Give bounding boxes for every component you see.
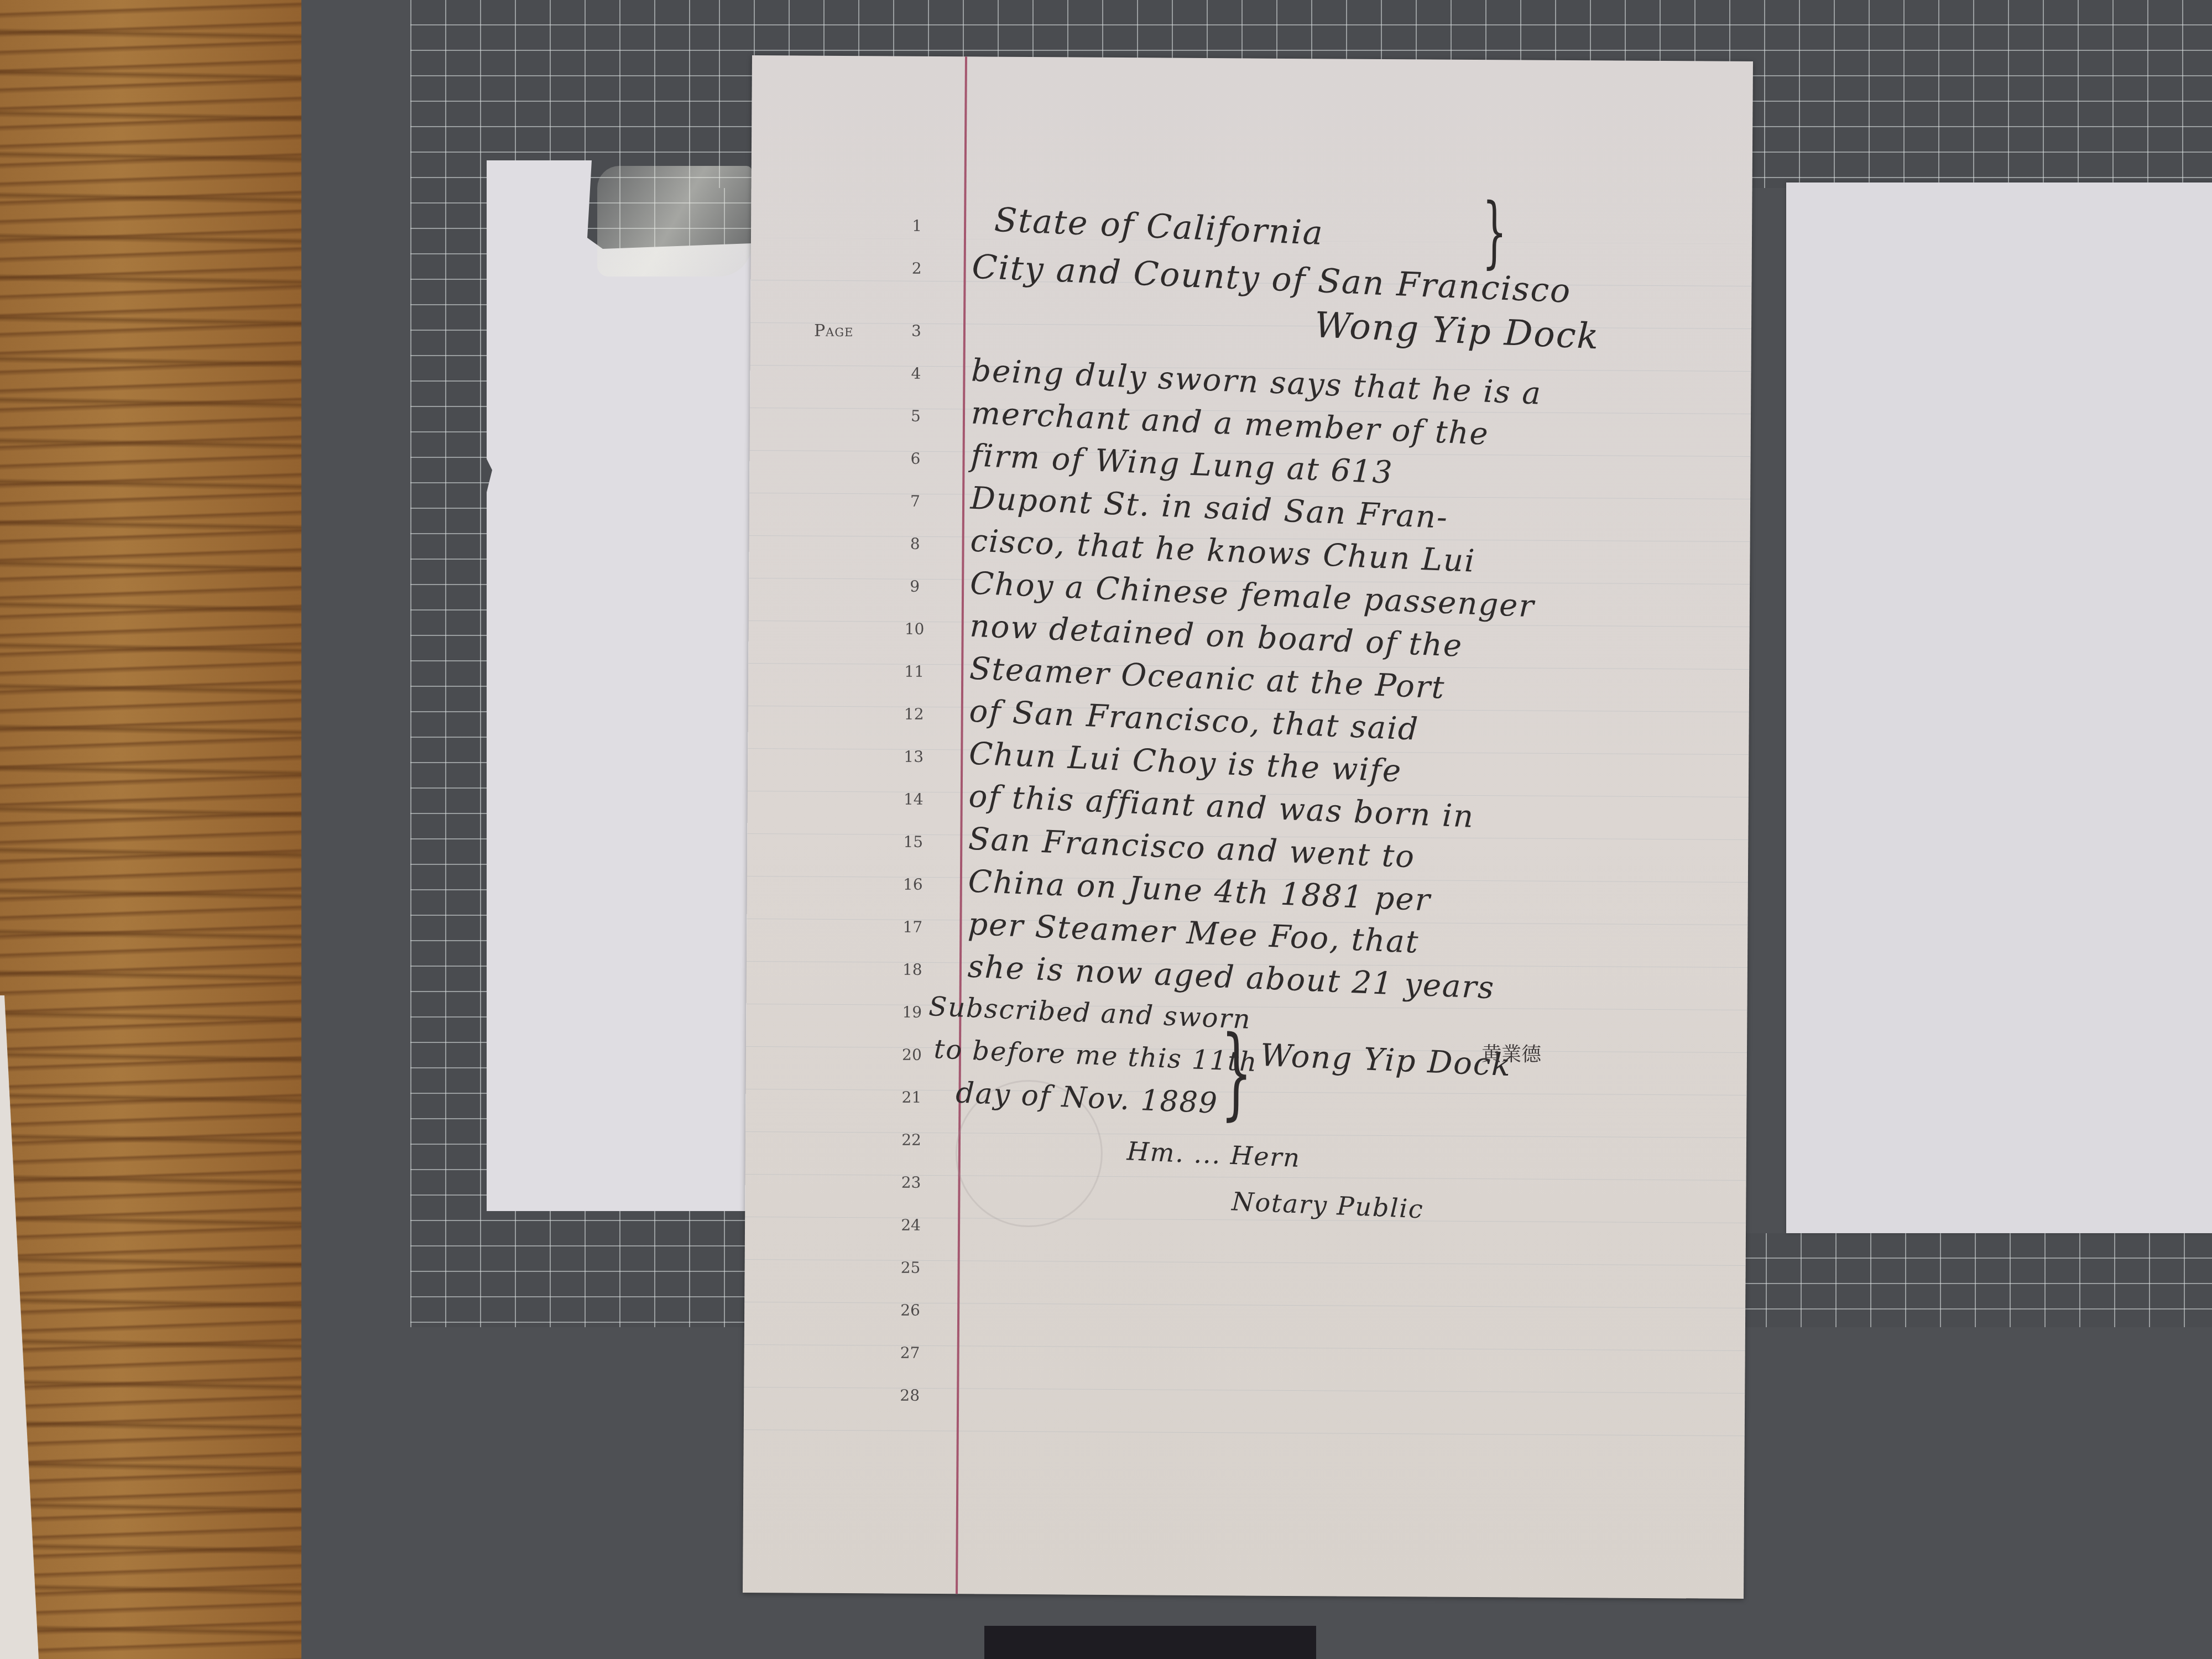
line-number: 7 bbox=[901, 492, 929, 510]
line-number: 8 bbox=[901, 535, 929, 553]
line-number: 23 bbox=[897, 1173, 925, 1192]
backing-card-left bbox=[487, 160, 752, 1211]
line-number: 2 bbox=[903, 259, 931, 278]
line-number: 25 bbox=[897, 1259, 925, 1277]
backing-card-right bbox=[1786, 182, 2212, 1233]
line-number: 9 bbox=[901, 577, 928, 596]
line-number: 5 bbox=[902, 407, 930, 425]
line-number: 3 bbox=[902, 322, 930, 340]
tape-hinge bbox=[597, 166, 752, 276]
line-number: 26 bbox=[896, 1301, 924, 1319]
affidavit-page: Page 1 2 3 4 5 6 7 8 9 10 11 12 13 14 15… bbox=[743, 55, 1753, 1599]
line-number: 28 bbox=[896, 1386, 924, 1405]
page-label: Page bbox=[814, 321, 854, 341]
chinese-signature: 黄業德 bbox=[1481, 1039, 1541, 1067]
line-number: 17 bbox=[899, 918, 926, 936]
line-number: 16 bbox=[899, 875, 927, 894]
line-number: 27 bbox=[896, 1344, 924, 1362]
line-number: 4 bbox=[902, 364, 930, 383]
line-number: 1 bbox=[903, 217, 931, 235]
line-number: 11 bbox=[900, 662, 928, 681]
line-number: 18 bbox=[899, 961, 926, 979]
dark-object-bottom bbox=[984, 1626, 1316, 1659]
line-number: 20 bbox=[898, 1046, 926, 1064]
mat-grid-right bbox=[1731, 1233, 2212, 1327]
line-number: 13 bbox=[900, 748, 927, 766]
line-number: 12 bbox=[900, 705, 928, 723]
line-number: 14 bbox=[900, 790, 927, 808]
venue-bracket: } bbox=[1482, 187, 1507, 277]
line-number: 21 bbox=[898, 1088, 925, 1107]
line-number: 10 bbox=[901, 620, 928, 638]
wood-surface bbox=[0, 0, 301, 1659]
line-number: 15 bbox=[899, 833, 927, 851]
line-number: 22 bbox=[898, 1131, 925, 1149]
line-number: 19 bbox=[898, 1003, 926, 1021]
jurat-bracket: } bbox=[1220, 1015, 1253, 1130]
line-number: 6 bbox=[901, 450, 929, 468]
line-number: 24 bbox=[897, 1216, 925, 1234]
